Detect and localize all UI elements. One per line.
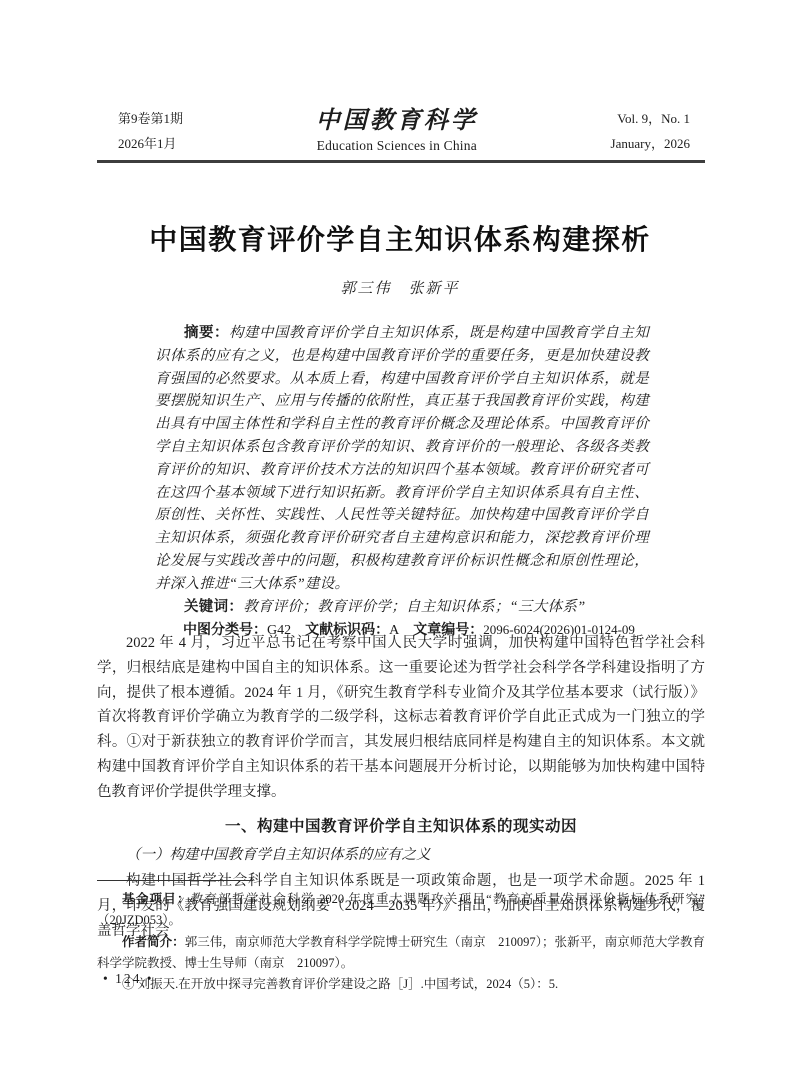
page-number: • 124 • [103,971,153,987]
article-title: 中国教育评价学自主知识体系构建探析 [0,218,800,258]
abstract-text: 构建中国教育评价学自主知识体系，既是构建中国教育学自主知识体系的应有之义，也是构… [155,325,649,592]
journal-name-cn: 中国教育科学 [316,100,478,135]
fund-label: 基金项目： [122,892,191,906]
bio-note: 作者简介：郭三伟，南京师范大学教育科学学院博士研究生（南京 210097）；张新… [97,932,705,975]
volume-issue-en: Vol. 9，No. 1 [611,106,690,131]
fund-note: 基金项目：教育部哲学社会科学 2020 年度重大课题攻关项目“教育高质量发展评价… [97,889,705,932]
body-paragraph-1: 2022 年 4 月，习近平总书记在考察中国人民大学时强调，加快构建中国特色哲学… [97,631,705,805]
journal-page: 第9卷第1期 2026年1月 中国教育科学 Education Sciences… [0,0,800,1077]
journal-header: 第9卷第1期 2026年1月 中国教育科学 Education Sciences… [118,106,690,156]
header-rule [97,160,705,163]
abstract-block: 摘要：构建中国教育评价学自主知识体系，既是构建中国教育学自主知识体系的应有之义，… [155,322,649,643]
article-authors: 郭三伟 张新平 [0,277,800,298]
footer-notes: 基金项目：教育部哲学社会科学 2020 年度重大课题攻关项目“教育高质量发展评价… [97,880,705,995]
header-right-block: Vol. 9，No. 1 January，2026 [611,106,690,156]
header-left-block: 第9卷第1期 2026年1月 [118,106,183,156]
footnote-1: ① 刘振天.在开放中探寻完善教育评价学建设之路［J］.中国考试，2024（5）：… [97,974,705,995]
abstract-label: 摘要： [184,325,229,341]
section-heading-1: 一、构建中国教育评价学自主知识体系的现实动因 [97,814,705,836]
journal-name-en: Education Sciences in China [316,138,478,154]
volume-issue-cn: 第9卷第1期 [118,106,183,131]
subsection-heading-1: （一）构建中国教育学自主知识体系的应有之义 [97,843,705,868]
keywords-label: 关键词： [184,599,243,615]
footnote-separator [97,880,253,881]
bio-label: 作者简介： [122,935,185,949]
keywords-line: 关键词：教育评价；教育评价学；自主知识体系；“三大体系” [155,596,649,619]
abstract-paragraph: 摘要：构建中国教育评价学自主知识体系，既是构建中国教育学自主知识体系的应有之义，… [155,322,649,596]
bio-text: 郭三伟，南京师范大学教育科学学院博士研究生（南京 210097）；张新平，南京师… [97,935,705,970]
date-cn: 2026年1月 [118,131,183,156]
journal-name-block: 中国教育科学 Education Sciences in China [316,100,478,154]
date-en: January，2026 [611,131,690,156]
keywords-text: 教育评价；教育评价学；自主知识体系；“三大体系” [243,599,585,615]
